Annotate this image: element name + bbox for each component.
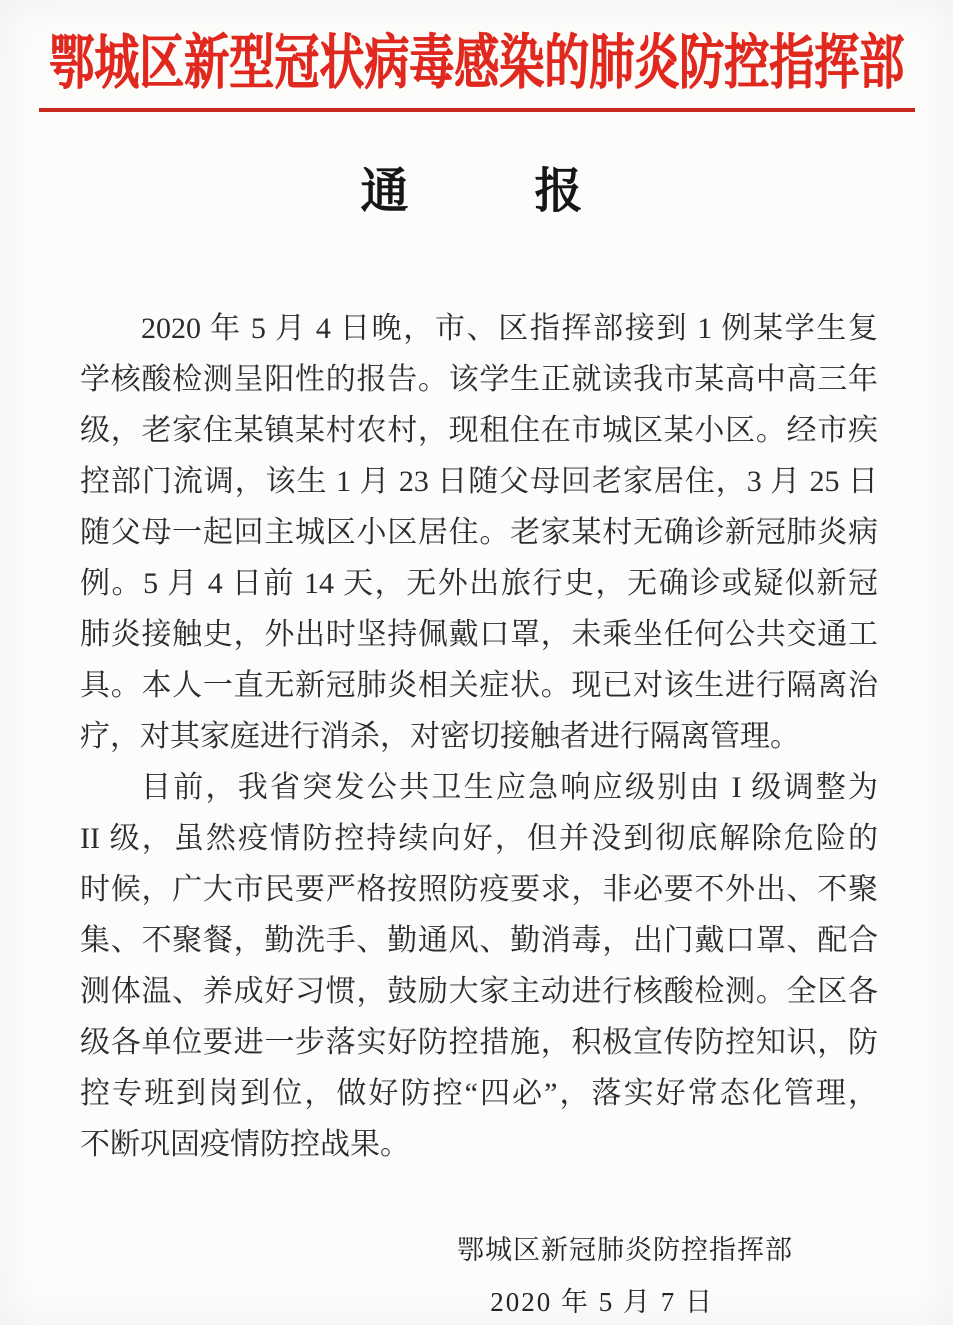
text-line: II 级，虽然疫情防控持续向好，但并没到彻底解除危险的 <box>80 813 878 864</box>
masthead: 鄂城区新型冠状病毒感染的肺炎防控指挥部 <box>0 30 953 96</box>
text-line: 2020 年 5 月 4 日晚，市、区指挥部接到 1 例某学生复 <box>80 303 878 354</box>
text-line: 测体温、养成好习惯，鼓励大家主动进行核酸检测。全区各 <box>80 966 878 1017</box>
text-line: 控专班到岗到位，做好防控“四必”，落实好常态化管理， <box>80 1068 878 1119</box>
paragraph-prevention-guidance: 目前，我省突发公共卫生应急响应级别由 I 级调整为II 级，虽然疫情防控持续向好… <box>80 762 878 1170</box>
text-line: 随父母一起回主城区小区居住。老家某村无确诊新冠肺炎病 <box>80 507 878 558</box>
text-line: 学核酸检测呈阳性的报告。该学生正就读我市某高中高三年 <box>80 354 878 405</box>
notice-title: 通 报 <box>0 164 953 220</box>
text-line: 不断巩固疫情防控战果。 <box>80 1119 878 1170</box>
text-line: 疗，对其家庭进行消杀，对密切接触者进行隔离管理。 <box>80 711 878 762</box>
signature-date: 2020 年 5 月 7 日 <box>0 1279 714 1325</box>
signature-block: 鄂城区新冠肺炎防控指挥部 2020 年 5 月 7 日 <box>0 1227 953 1325</box>
text-line: 集、不聚餐，勤洗手、勤通风、勤消毒，出门戴口罩、配合 <box>80 915 878 966</box>
text-line: 控部门流调，该生 1 月 23 日随父母回老家居住，3 月 25 日 <box>80 456 878 507</box>
notice-document: 鄂城区新型冠状病毒感染的肺炎防控指挥部 通 报 2020 年 5 月 4 日晚，… <box>0 0 953 1325</box>
agency-title: 鄂城区新型冠状病毒感染的肺炎防控指挥部 <box>49 19 904 106</box>
text-line: 级，老家住某镇某村农村，现租住在市城区某小区。经市疾 <box>80 405 878 456</box>
notice-body: 2020 年 5 月 4 日晚，市、区指挥部接到 1 例某学生复学核酸检测呈阳性… <box>80 303 878 1170</box>
masthead-underline <box>39 108 915 112</box>
paragraph-case-report: 2020 年 5 月 4 日晚，市、区指挥部接到 1 例某学生复学核酸检测呈阳性… <box>80 303 878 762</box>
text-line: 例。5 月 4 日前 14 天，无外出旅行史，无确诊或疑似新冠 <box>80 558 878 609</box>
text-line: 级各单位要进一步落实好防控措施，积极宣传防控知识，防 <box>80 1017 878 1068</box>
text-line: 具。本人一直无新冠肺炎相关症状。现已对该生进行隔离治 <box>80 660 878 711</box>
text-line: 时候，广大市民要严格按照防疫要求，非必要不外出、不聚 <box>80 864 878 915</box>
signature-org: 鄂城区新冠肺炎防控指挥部 <box>0 1227 793 1273</box>
text-line: 目前，我省突发公共卫生应急响应级别由 I 级调整为 <box>80 762 878 813</box>
text-line: 肺炎接触史，外出时坚持佩戴口罩，未乘坐任何公共交通工 <box>80 609 878 660</box>
